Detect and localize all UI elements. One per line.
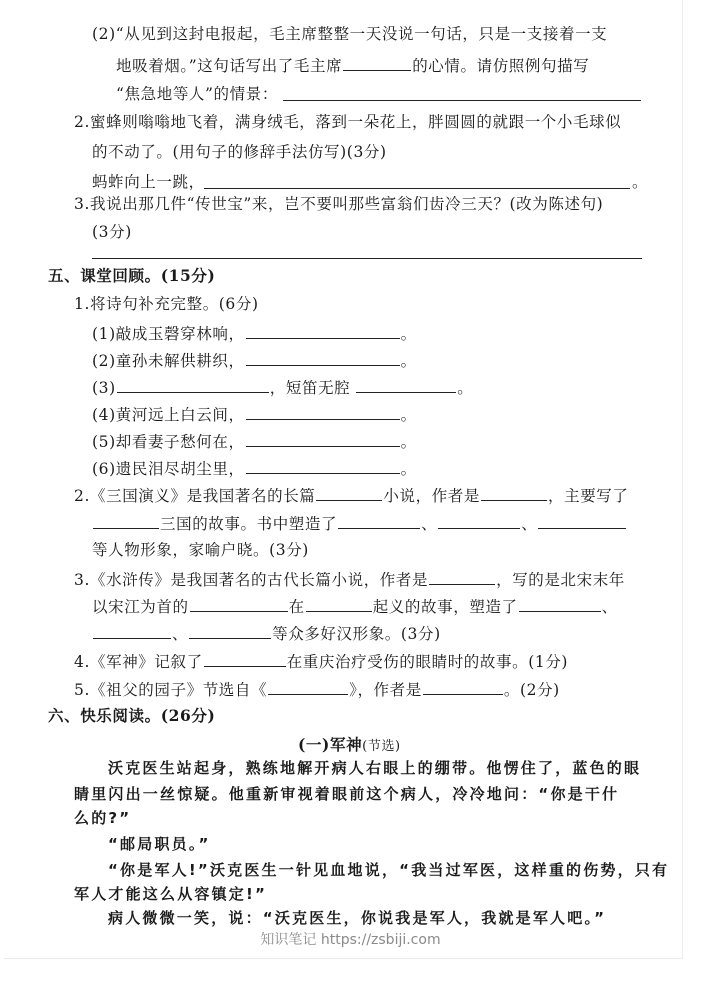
text: (一)军神 xyxy=(298,735,362,754)
text: 5.《祖父的园子》节选自《 xyxy=(74,681,267,699)
text: (3) xyxy=(92,379,116,397)
passage-title: (一)军神(节选) xyxy=(298,735,401,757)
q4-item2-line3: “焦急地等人”的情景： xyxy=(116,84,278,104)
text: 、 xyxy=(172,625,188,643)
text: 》，作者是 xyxy=(349,681,422,699)
poem-3: (3)，短笛无腔。 xyxy=(92,376,473,398)
answer-blank[interactable] xyxy=(481,484,547,501)
q2-sanguo-line1: 2.《三国演义》是我国著名的长篇小说，作者是，主要写了 xyxy=(74,484,629,506)
answer-blank[interactable] xyxy=(246,322,400,339)
answer-blank[interactable] xyxy=(423,678,503,695)
answer-blank[interactable] xyxy=(93,512,159,529)
passage-line: 么的?” xyxy=(74,808,131,828)
passage-line: “邮局职员。” xyxy=(108,834,211,854)
text: 2.《三国演义》是我国著名的长篇 xyxy=(74,487,315,505)
q4-item2-line2: 地吸着烟。”这句话写出了毛主席的心情。请仿照例句描写 xyxy=(116,54,589,76)
q5-zufu: 5.《祖父的园子》节选自《》，作者是。(2分) xyxy=(74,678,560,700)
text: 在重庆治疗受伤的眼睛时的故事。(1分) xyxy=(287,653,568,671)
text: (6)遗民泪尽胡尘里， xyxy=(92,460,245,478)
q3-shuihu-line1: 3.《水浒传》是我国著名的古代长篇小说，作者是，写的是北宋末年 xyxy=(74,568,625,590)
answer-blank[interactable] xyxy=(204,650,286,667)
text: 以宋江为首的 xyxy=(92,598,189,616)
poem-5: (5)却看妻子愁何在，。 xyxy=(92,430,417,452)
poem-4: (4)黄河远上白云间，。 xyxy=(92,403,417,425)
q2-sanguo-line3: 等人物形象，家喻户晓。(3分) xyxy=(92,540,309,560)
q1-title: 1.将诗句补充完整。(6分) xyxy=(74,294,259,314)
answer-blank[interactable] xyxy=(316,484,382,501)
passage-line: 军人才能这么从容镇定!” xyxy=(74,884,267,904)
text: 。(2分) xyxy=(504,681,560,699)
q2-sanguo-line2: 三国的故事。书中塑造了、、 xyxy=(92,512,627,534)
q3-shuihu-line3: 、等众多好汉形象。(3分) xyxy=(92,622,441,644)
text: 小说，作者是 xyxy=(383,487,480,505)
text: 。 xyxy=(401,325,417,343)
text: 3.《水浒传》是我国著名的古代长篇小说，作者是 xyxy=(74,571,428,589)
answer-blank[interactable] xyxy=(438,512,520,529)
passage-line: 睛里闪出一丝惊疑。他重新审视着眼前这个病人，冷冷地问：“你是干什 xyxy=(74,784,619,804)
section6-title: 六、快乐阅读。(26分) xyxy=(48,706,215,726)
text: 。 xyxy=(401,406,417,424)
answer-blank[interactable] xyxy=(246,457,400,474)
text: 起义的故事，塑造了 xyxy=(373,598,518,616)
passage-line: “你是军人!”沃克医生一针见血地说，“我当过军医，这样重的伤势，只有 xyxy=(108,860,669,880)
period: 。 xyxy=(632,172,648,192)
text: ，写的是北宋末年 xyxy=(496,571,625,589)
text: (2)童孙未解供耕织， xyxy=(92,352,245,370)
answer-line[interactable] xyxy=(283,100,641,101)
section5-title: 五、课堂回顾。(15分) xyxy=(48,266,215,286)
answer-line[interactable] xyxy=(92,258,642,259)
q3-shuihu-line2: 以宋江为首的在起义的故事，塑造了、 xyxy=(92,595,618,617)
answer-blank[interactable] xyxy=(246,349,400,366)
text: 地吸着烟。”这句话写出了毛主席 xyxy=(116,57,342,75)
answer-blank[interactable] xyxy=(246,430,400,447)
q3-line2: (3分) xyxy=(92,222,132,242)
answer-blank[interactable] xyxy=(268,678,348,695)
answer-blank[interactable] xyxy=(338,512,420,529)
q4-item2-line1: (2)“从见到这封电报起，毛主席整整一天没说一句话，只是一支接着一支 xyxy=(92,24,607,44)
poem-1: (1)敲成玉磬穿林响，。 xyxy=(92,322,417,344)
answer-blank[interactable] xyxy=(190,595,288,612)
answer-blank[interactable] xyxy=(538,512,626,529)
text: 等众多好汉形象。(3分) xyxy=(272,625,441,643)
answer-blank[interactable] xyxy=(189,622,271,639)
text: (节选) xyxy=(362,739,401,754)
answer-blank[interactable] xyxy=(117,376,269,393)
answer-blank[interactable] xyxy=(429,568,495,585)
answer-blank[interactable] xyxy=(343,54,411,71)
text: 。 xyxy=(401,352,417,370)
text: (4)黄河远上白云间， xyxy=(92,406,245,424)
answer-blank[interactable] xyxy=(519,595,601,612)
text: (5)却看妻子愁何在， xyxy=(92,433,245,451)
passage-line: 病人微微一笑，说：“沃克医生，你说我是军人，我就是军人吧。” xyxy=(108,908,606,928)
text: 的心情。请仿照例句描写 xyxy=(412,57,589,75)
text: ，主要写了 xyxy=(548,487,629,505)
watermark: 知识笔记 https://zsbiji.com xyxy=(0,929,701,949)
text: 、 xyxy=(602,598,618,616)
answer-blank[interactable] xyxy=(246,403,400,420)
q3-line1: 3.我说出那几件“传世宝”来，岂不要叫那些富翁们齿冷三天？(改为陈述句) xyxy=(74,194,603,214)
text: (1)敲成玉磬穿林响， xyxy=(92,325,245,343)
poem-6: (6)遗民泪尽胡尘里，。 xyxy=(92,457,417,479)
answer-blank[interactable] xyxy=(306,595,372,612)
passage-line: 沃克医生站起身，熟练地解开病人右眼上的绷带。他愣住了，蓝色的眼 xyxy=(108,758,641,778)
answer-line[interactable] xyxy=(204,188,630,189)
text: 。 xyxy=(401,433,417,451)
poem-2: (2)童孙未解供耕织，。 xyxy=(92,349,417,371)
text: 在 xyxy=(289,598,305,616)
text: 。 xyxy=(401,460,417,478)
q2-line2: 的不动了。(用句子的修辞手法仿写)(3分) xyxy=(92,142,387,162)
text: 4.《军神》记叙了 xyxy=(74,653,203,671)
text: 。 xyxy=(457,379,473,397)
answer-blank[interactable] xyxy=(93,622,171,639)
text: ，短笛无腔 xyxy=(270,379,351,397)
text: 、 xyxy=(521,515,537,533)
q2-line3: 蚂蚱向上一跳， xyxy=(92,172,205,192)
text: 三国的故事。书中塑造了 xyxy=(160,515,337,533)
text: 、 xyxy=(421,515,437,533)
answer-blank[interactable] xyxy=(356,376,456,393)
q2-line1: 2.蜜蜂则嗡嗡地飞着，满身绒毛，落到一朵花上，胖圆圆的就跟一个小毛球似 xyxy=(74,112,621,132)
q4-junshen: 4.《军神》记叙了在重庆治疗受伤的眼睛时的故事。(1分) xyxy=(74,650,568,672)
